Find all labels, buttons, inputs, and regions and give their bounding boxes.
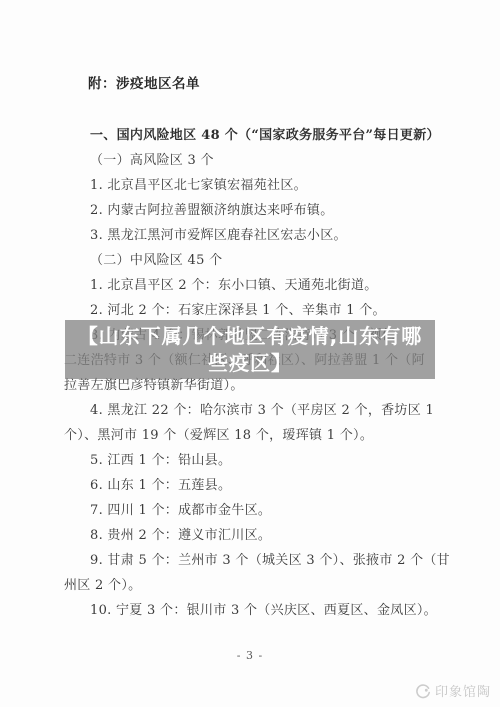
- doc-line: 1. 北京昌平区北七家镇宏福苑社区。: [64, 173, 442, 198]
- doc-line: 7. 四川 1 个：成都市金牛区。: [64, 498, 442, 523]
- doc-line: 个）、黑河市 19 个（爱辉区 18 个，瑷珲镇 1 个）。: [64, 423, 442, 448]
- page-number: - 3 -: [0, 649, 500, 662]
- watermark-label: 印象馆陶: [435, 681, 491, 700]
- watermark-overlay-line2: 些疫区】: [65, 350, 435, 377]
- doc-line: 10. 宁夏 3 个：银川市 3 个（兴庆区、西夏区、金凤区）。: [64, 598, 442, 623]
- watermark-overlay-text: 【山东下属几个地区有疫情,山东有哪 些疫区】: [65, 323, 435, 377]
- yinxiang-guantao-logo-icon: [415, 683, 431, 699]
- doc-line: 州区 2 个）。: [64, 573, 442, 598]
- doc-line: 4. 黑龙江 22 个：哈尔滨市 3 个（平房区 2 个，香坊区 1: [64, 398, 442, 423]
- doc-line: 8. 贵州 2 个：遵义市汇川区。: [64, 523, 442, 548]
- doc-line: 3. 黑龙江黑河市爱辉区鹿春社区宏志小区。: [64, 223, 442, 248]
- doc-line: （二）中风险区 45 个: [64, 248, 442, 273]
- section-heading: 一、国内风险地区 48 个（“国家政务服务平台”每日更新）: [64, 123, 442, 148]
- doc-line: 1. 北京昌平区 2 个：东小口镇、天通苑北街道。: [64, 273, 442, 298]
- doc-line: 2. 内蒙古阿拉善盟额济纳旗达来呼布镇。: [64, 198, 442, 223]
- doc-line: 9. 甘肃 5 个：兰州市 3 个（城关区 3 个）、张掖市 2 个（甘: [64, 548, 442, 573]
- document-page: 附：涉疫地区名单 一、国内风险地区 48 个（“国家政务服务平台”每日更新） （…: [0, 0, 500, 707]
- watermark-signature: 印象馆陶: [415, 681, 491, 700]
- doc-line: 6. 山东 1 个：五莲县。: [64, 473, 442, 498]
- doc-line: 5. 江西 1 个：铅山县。: [64, 448, 442, 473]
- document-body: 附：涉疫地区名单 一、国内风险地区 48 个（“国家政务服务平台”每日更新） （…: [0, 0, 500, 623]
- attachment-title: 附：涉疫地区名单: [64, 72, 442, 97]
- watermark-overlay-line1: 【山东下属几个地区有疫情,山东有哪: [65, 323, 435, 350]
- doc-line: （一）高风险区 3 个: [64, 148, 442, 173]
